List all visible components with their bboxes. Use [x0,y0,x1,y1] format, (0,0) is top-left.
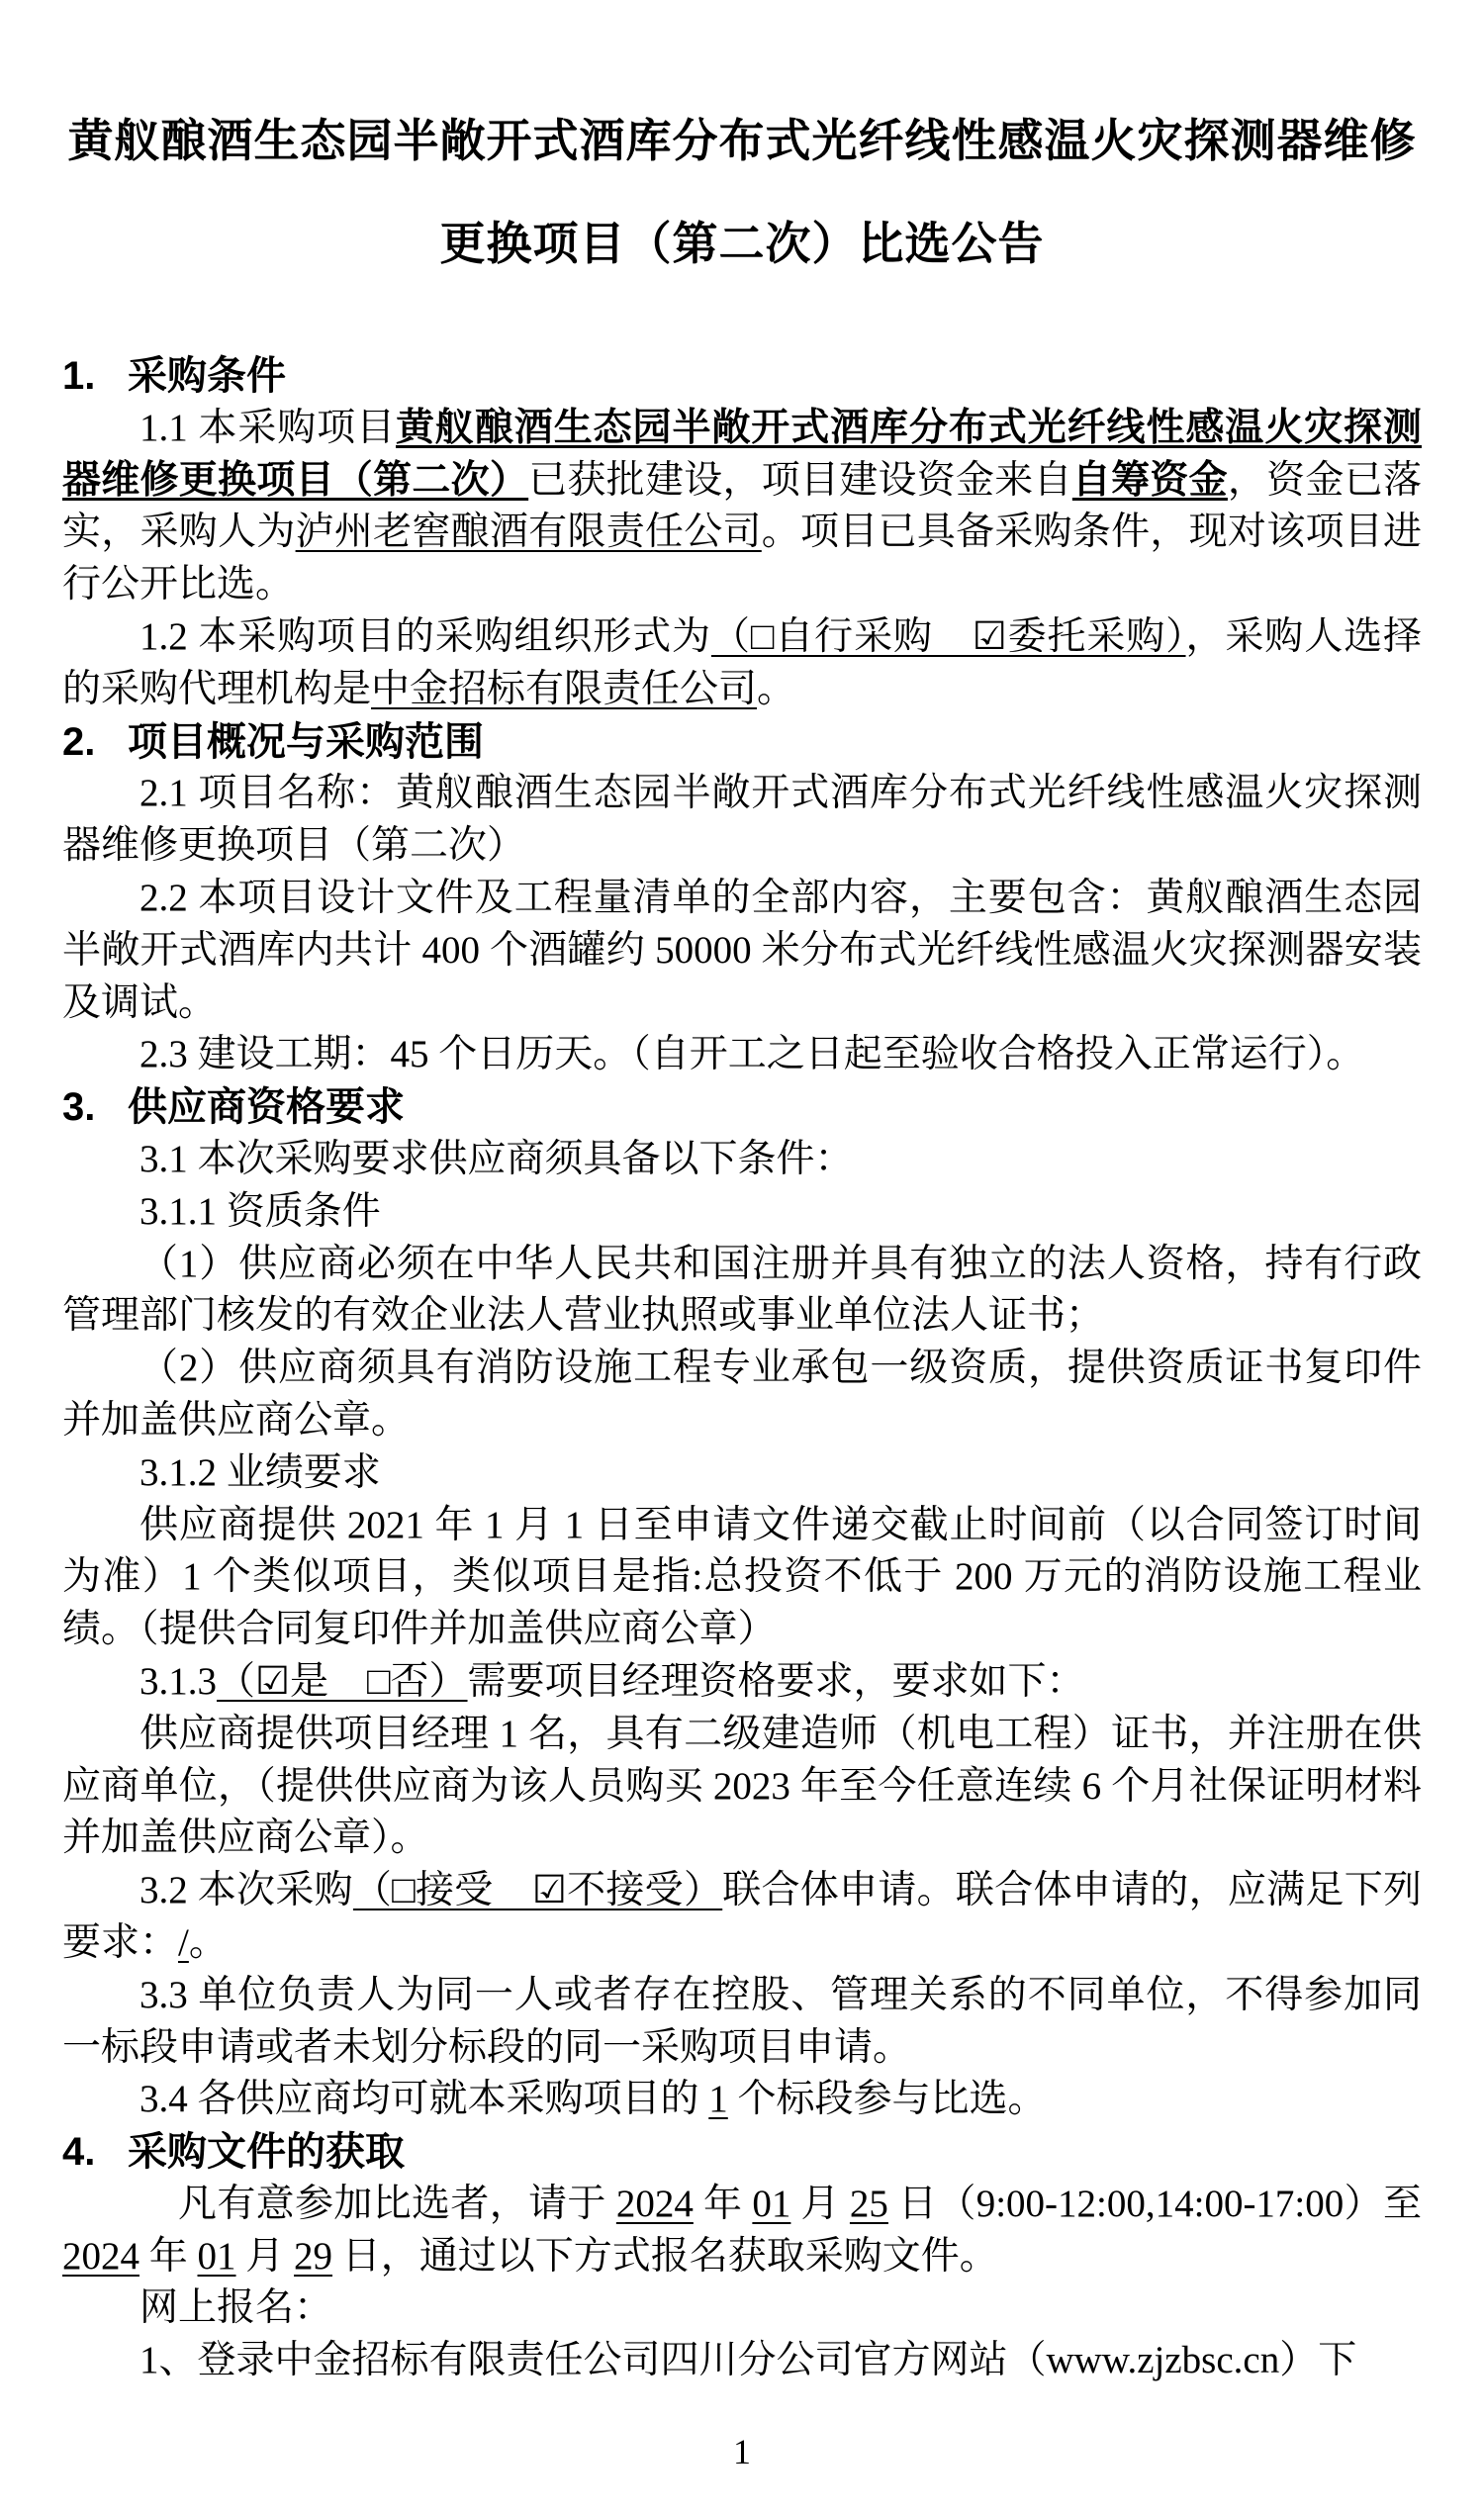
paragraph: 3.4 各供应商均可就本采购项目的 1 个标段参与比选。 [62,2074,1422,2126]
paragraph: 凡有意参加比选者，请于 2024 年 01 月 25 日（9:00-12:00,… [62,2179,1422,2283]
section-heading: 2.项目概况与采购范围 [62,716,1422,769]
paragraph: 2.3 建设工期：45 个日历天。（自开工之日起至验收合格投入正常运行）。 [62,1029,1422,1081]
section-title: 采购条件 [128,354,286,398]
text: 3.1.2 业绩要求 [139,1451,381,1494]
paragraph: 3.3 单位负责人为同一人或者存在控股、管理关系的不同单位，不得参加同一标段申请… [62,1970,1422,2075]
underlined-text: （□自行采购 ☑委托采购） [711,615,1186,658]
underlined-text: 中金招标有限责任公司 [371,668,757,710]
text: 供应商提供项目经理 1 名，具有二级建造师（机电工程）证书，并注册在供应商单位，… [62,1713,1422,1860]
paragraph: 1、登录中金招标有限责任公司四川分公司官方网站（www.zjzbsc.cn）下 [62,2335,1422,2387]
underlined-text: 01 [752,2183,790,2225]
section-title: 采购文件的获取 [128,2130,405,2174]
text: 月 [236,2235,295,2278]
paragraph: 2.1 项目名称：黄舣酿酒生态园半敞开式酒库分布式光纤线性感温火灾探测器维修更换… [62,768,1422,873]
paragraph: 1.2 本采购项目的采购组织形式为（□自行采购 ☑委托采购），采购人选择的采购代… [62,611,1422,716]
text: （2）供应商须具有消防设施工程专业承包一级资质，提供资质证书复印件并加盖供应商公… [62,1347,1422,1442]
paragraph: 3.1.2 业绩要求 [62,1447,1422,1500]
text: 1.2 本采购项目的采购组织形式为 [139,615,711,658]
text: 3.1.1 资质条件 [139,1190,381,1233]
document-title-line2: 更换项目（第二次）比选公告 [62,192,1422,295]
paragraph: 网上报名： [62,2282,1422,2335]
underlined-text: 2024 [62,2235,139,2278]
text: 3.3 单位负责人为同一人或者存在控股、管理关系的不同单位，不得参加同一标段申请… [62,1974,1422,2069]
paragraph: 1.1 本采购项目黄舣酿酒生态园半敞开式酒库分布式光纤线性感温火灾探测器维修更换… [62,403,1422,611]
section-title: 项目概况与采购范围 [128,720,484,764]
document-title-line1: 黄舣酿酒生态园半敞开式酒库分布式光纤线性感温火灾探测器维修 [62,89,1422,192]
underlined-text: 1 [708,2078,728,2120]
text: 需要项目经理资格要求，要求如下： [468,1660,1085,1703]
text: 3.1.3 [139,1660,217,1703]
text: 凡有意参加比选者，请于 [178,2183,616,2225]
underlined-text: 01 [198,2235,236,2278]
text: 3.1 本次采购要求供应商须具备以下条件： [139,1138,854,1180]
text: 1、登录中金招标有限责任公司四川分公司官方网站（www.zjzbsc.cn）下 [139,2339,1356,2381]
section-heading: 1.采购条件 [62,350,1422,403]
underlined-text: 25 [850,2183,888,2225]
document-page: 黄舣酿酒生态园半敞开式酒库分布式光纤线性感温火灾探测器维修 更换项目（第二次）比… [0,0,1484,2514]
text: 1.1 本采购项目 [139,407,396,449]
text: 个标段参与比选。 [728,2078,1047,2120]
text: 供应商提供 2021 年 1 月 1 日至申请文件递交截止时间前（以合同签订时间… [62,1504,1422,1651]
document-body: 1.采购条件1.1 本采购项目黄舣酿酒生态园半敞开式酒库分布式光纤线性感温火灾探… [62,350,1422,2387]
underlined-text: 29 [294,2235,332,2278]
section-title: 供应商资格要求 [128,1085,405,1129]
paragraph: 3.1.1 资质条件 [62,1186,1422,1239]
underlined-text: 泸州老窖酿酒有限责任公司 [296,511,762,553]
text: 2.1 项目名称：黄舣酿酒生态园半敞开式酒库分布式光纤线性感温火灾探测器维修更换… [62,772,1422,867]
paragraph: 2.2 本项目设计文件及工程量清单的全部内容，主要包含：黄舣酿酒生态园半敞开式酒… [62,873,1422,1029]
paragraph: （1）供应商必须在中华人民共和国注册并具有独立的法人资格，持有行政管理部门核发的… [62,1239,1422,1344]
section-heading: 4.采购文件的获取 [62,2126,1422,2179]
paragraph: 3.2 本次采购（□接受 ☑不接受）联合体申请。联合体申请的，应满足下列要求：/… [62,1865,1422,1970]
paragraph: 供应商提供 2021 年 1 月 1 日至申请文件递交截止时间前（以合同签订时间… [62,1500,1422,1656]
text: （1）供应商必须在中华人民共和国注册并具有独立的法人资格，持有行政管理部门核发的… [62,1243,1422,1338]
underlined-text: 2024 [616,2183,694,2225]
underlined-text: （☑是 □否） [217,1660,468,1703]
underlined-text: 自筹资金 [1072,459,1228,502]
text: 日，通过以下方式报名获取采购文件。 [332,2235,998,2278]
underlined-text: （□接受 ☑不接受） [353,1869,722,1911]
text: 网上报名： [139,2286,332,2329]
text: 日（9:00-12:00,14:00-17:00）至 [888,2183,1422,2225]
section-number: 3. [62,1081,128,1134]
paragraph: 供应商提供项目经理 1 名，具有二级建造师（机电工程）证书，并注册在供应商单位，… [62,1709,1422,1865]
text: 。 [189,1921,228,1964]
text: 月 [790,2183,850,2225]
text: 2.3 建设工期：45 个日历天。（自开工之日起至验收合格投入正常运行）。 [139,1033,1364,1075]
text: 年 [139,2235,198,2278]
section-heading: 3.供应商资格要求 [62,1081,1422,1134]
section-number: 4. [62,2126,128,2179]
section-number: 2. [62,716,128,769]
document-title: 黄舣酿酒生态园半敞开式酒库分布式光纤线性感温火灾探测器维修 更换项目（第二次）比… [62,89,1422,295]
page-number: 1 [0,2431,1484,2472]
section-number: 1. [62,350,128,403]
text: 年 [694,2183,753,2225]
text: 2.2 本项目设计文件及工程量清单的全部内容，主要包含：黄舣酿酒生态园半敞开式酒… [62,877,1422,1024]
text: 。 [757,668,795,710]
underlined-text: / [178,1921,189,1964]
paragraph: （2）供应商须具有消防设施工程专业承包一级资质，提供资质证书复印件并加盖供应商公… [62,1343,1422,1447]
text: 已获批建设，项目建设资金来自 [528,459,1072,502]
paragraph: 3.1.3（☑是 □否）需要项目经理资格要求，要求如下： [62,1656,1422,1709]
text: 3.2 本次采购 [139,1869,353,1911]
paragraph: 3.1 本次采购要求供应商须具备以下条件： [62,1134,1422,1186]
text: 3.4 各供应商均可就本采购项目的 [139,2078,708,2120]
